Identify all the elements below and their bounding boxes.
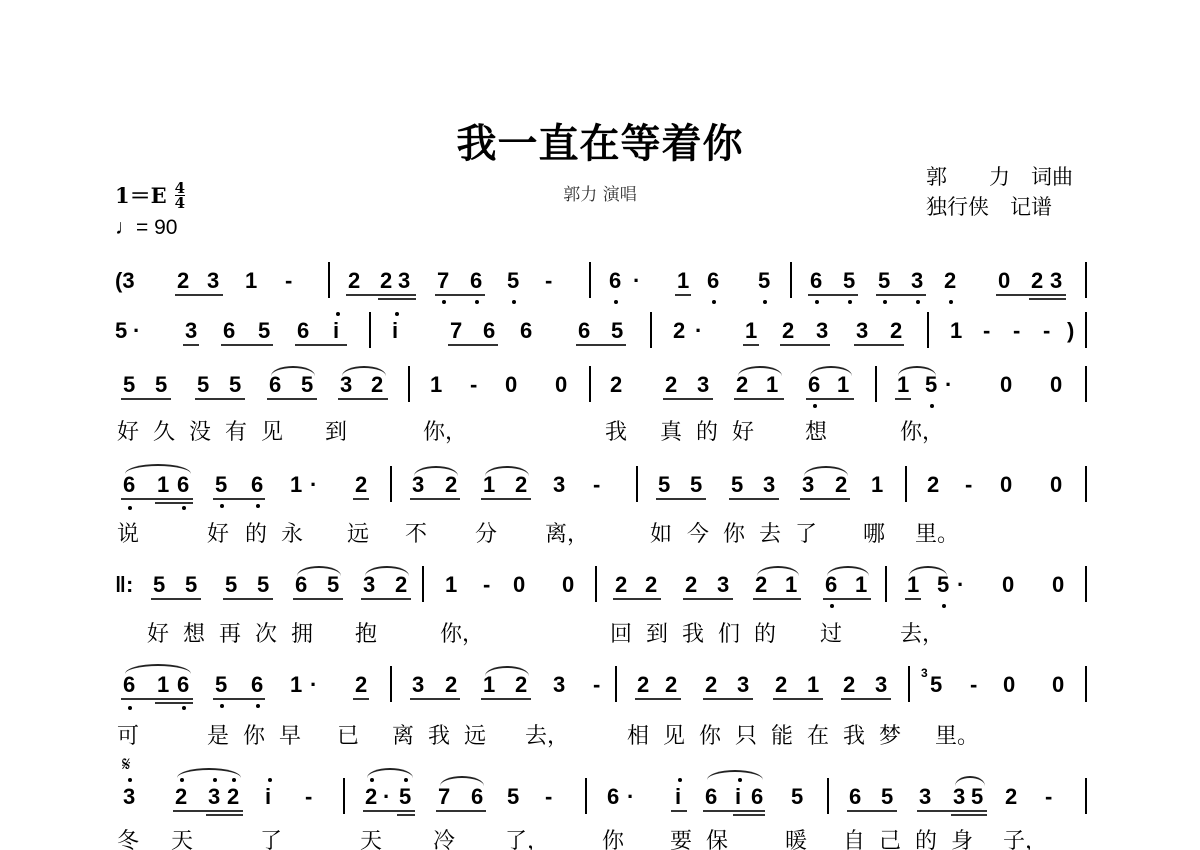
song-title: 我一直在等着你 [0,112,1200,169]
score-row-3: 55 55 65 32 1-00 2 23 21 61 1 5· 00 [115,366,1090,410]
score-row-2: 5· 3 65 6i i 76 6 65 2· 1 23 32 1---) [115,312,1090,356]
key-signature: 1＝E 4 4 [115,180,185,210]
repeat-start: ‖: [115,572,133,598]
lyrics-row-5: 好想 再次 拥抱 你，回 到我 们的 过去， [115,617,1090,647]
key-label: 1＝E [115,180,167,210]
lyrics-row-4: 说好 的永 远不 分离， 如今 你去 了哪 里。 [115,517,1090,547]
tempo-marking: ♩= 90 [115,216,177,240]
score-row-1: (3 23 1- 223 76 5 - 6 · 1 6 5 65 53 2 02… [115,262,1090,306]
lyricist-composer: 郭 力 词曲 [926,162,1073,192]
lyrics-row-3: 好久 没有 见到 你，我 真的 好想 你， [115,415,1090,445]
lyrics-row-7: 冬天 了天 冷了， 你要 保暖 自己 的身 子， [115,824,1090,850]
score-row-5: ‖: 55 55 65 32 1-00 22 23 21 61 1 5· 00 [115,566,1090,610]
score-row-4: 616 56 1· 2 32 12 3- 55 53 32 1 2-00 [115,466,1090,510]
segno-sign: 𝄋 [122,752,131,776]
credits: 郭 力 词曲 独行侠 记谱 [926,162,1073,222]
score-row-7: 3 232 i - 2·5 76 5- 6· i 6i6 5 65 335 2- [115,778,1090,822]
grace-note: 3 [921,666,928,680]
score-row-6: 616 56 1· 2 32 12 3- 22 23 21 23 3 5-00 [115,666,1090,710]
lyrics-row-6: 可是 你早 已离 我远 去，相 见你 只能 在我 梦里。 [115,719,1090,749]
transcriber: 独行侠 记谱 [926,192,1073,222]
time-signature: 4 4 [175,181,185,210]
